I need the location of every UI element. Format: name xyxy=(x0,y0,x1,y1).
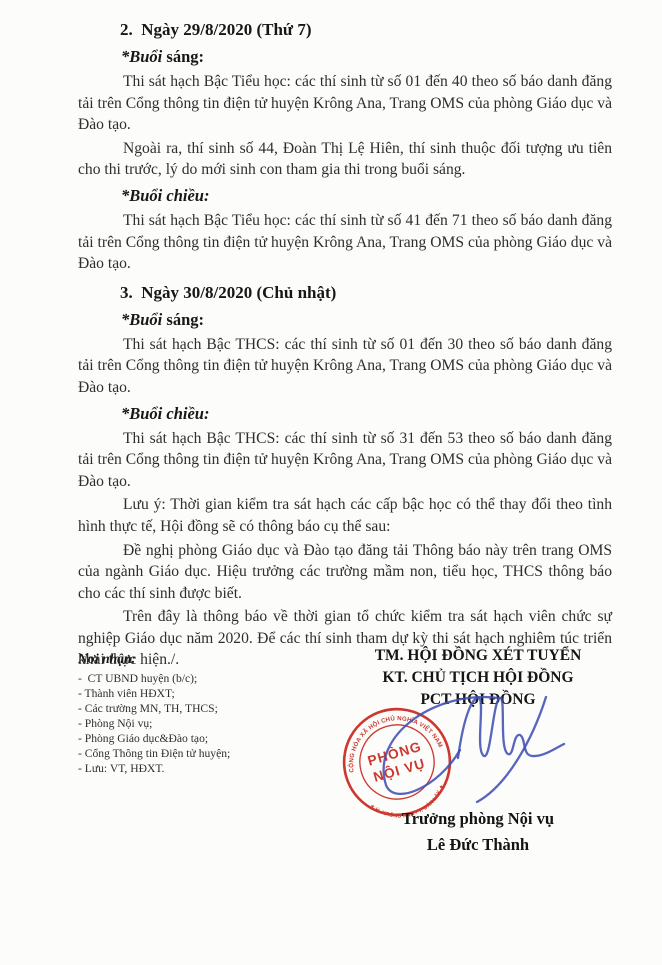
recipient-item: - Thành viên HĐXT; xyxy=(78,686,363,701)
day2-morning-label: *Buổi sáng: xyxy=(121,45,612,68)
session-label-rest: sáng: xyxy=(162,310,204,329)
recipients-heading: Nơi nhận: xyxy=(78,650,363,667)
day2-afternoon-label: *Buổi chiều: xyxy=(121,184,612,207)
session-label-italic: *Buổi xyxy=(121,310,162,329)
recipient-item: - Phòng Nội vụ; xyxy=(78,716,363,731)
recipients-block: Nơi nhận: - CT UBND huyện (b/c); - Thành… xyxy=(78,650,363,776)
note-paragraph: Lưu ý: Thời gian kiểm tra sát hạch các c… xyxy=(78,494,612,537)
day3-morning-label: *Buổi sáng: xyxy=(121,308,612,331)
scanned-document-page: 2. Ngày 29/8/2020 (Thứ 7) *Buổi sáng: Th… xyxy=(0,0,662,965)
signer-block: Trưởng phòng Nội vụ Lê Đức Thành xyxy=(345,806,611,858)
day2-afternoon-paragraph: Thi sát hạch Bậc Tiểu học: các thí sinh … xyxy=(78,210,612,275)
request-paragraph: Đề nghị phòng Giáo dục và Đào tạo đăng t… xyxy=(78,540,612,605)
session-label-rest: sáng: xyxy=(162,47,204,66)
signer-title: Trưởng phòng Nội vụ xyxy=(345,806,611,832)
day3-heading: 3. Ngày 30/8/2020 (Chủ nhật) xyxy=(120,281,612,305)
handwritten-signature xyxy=(356,688,578,816)
day2-heading: 2. Ngày 29/8/2020 (Thứ 7) xyxy=(120,18,612,42)
recipient-item: - CT UBND huyện (b/c); xyxy=(78,671,363,686)
signature-authority-line2: KT. CHỦ TỊCH HỘI ĐỒNG xyxy=(345,667,611,689)
day3-afternoon-paragraph: Thi sát hạch Bậc THCS: các thí sinh từ s… xyxy=(78,428,612,493)
signature-authority-line1: TM. HỘI ĐỒNG XÉT TUYỂN xyxy=(345,645,611,667)
recipient-item: - Các trường MN, TH, THCS; xyxy=(78,701,363,716)
recipient-item: - Cổng Thông tin Điện tử huyện; xyxy=(78,746,363,761)
session-label-italic: *Buổi xyxy=(121,47,162,66)
day2-morning-paragraph: Thi sát hạch Bậc Tiểu học: các thí sinh … xyxy=(78,71,612,136)
day3-afternoon-label: *Buổi chiều: xyxy=(121,402,612,425)
signer-name: Lê Đức Thành xyxy=(345,832,611,858)
document-body: 2. Ngày 29/8/2020 (Thứ 7) *Buổi sáng: Th… xyxy=(78,12,612,673)
recipient-item: - Phòng Giáo dục&Đào tạo; xyxy=(78,731,363,746)
recipient-item: - Lưu: VT, HĐXT. xyxy=(78,761,363,776)
day3-morning-paragraph: Thi sát hạch Bậc THCS: các thí sinh từ s… xyxy=(78,334,612,399)
day2-morning-extra-paragraph: Ngoài ra, thí sinh số 44, Đoàn Thị Lệ Hi… xyxy=(78,138,612,181)
